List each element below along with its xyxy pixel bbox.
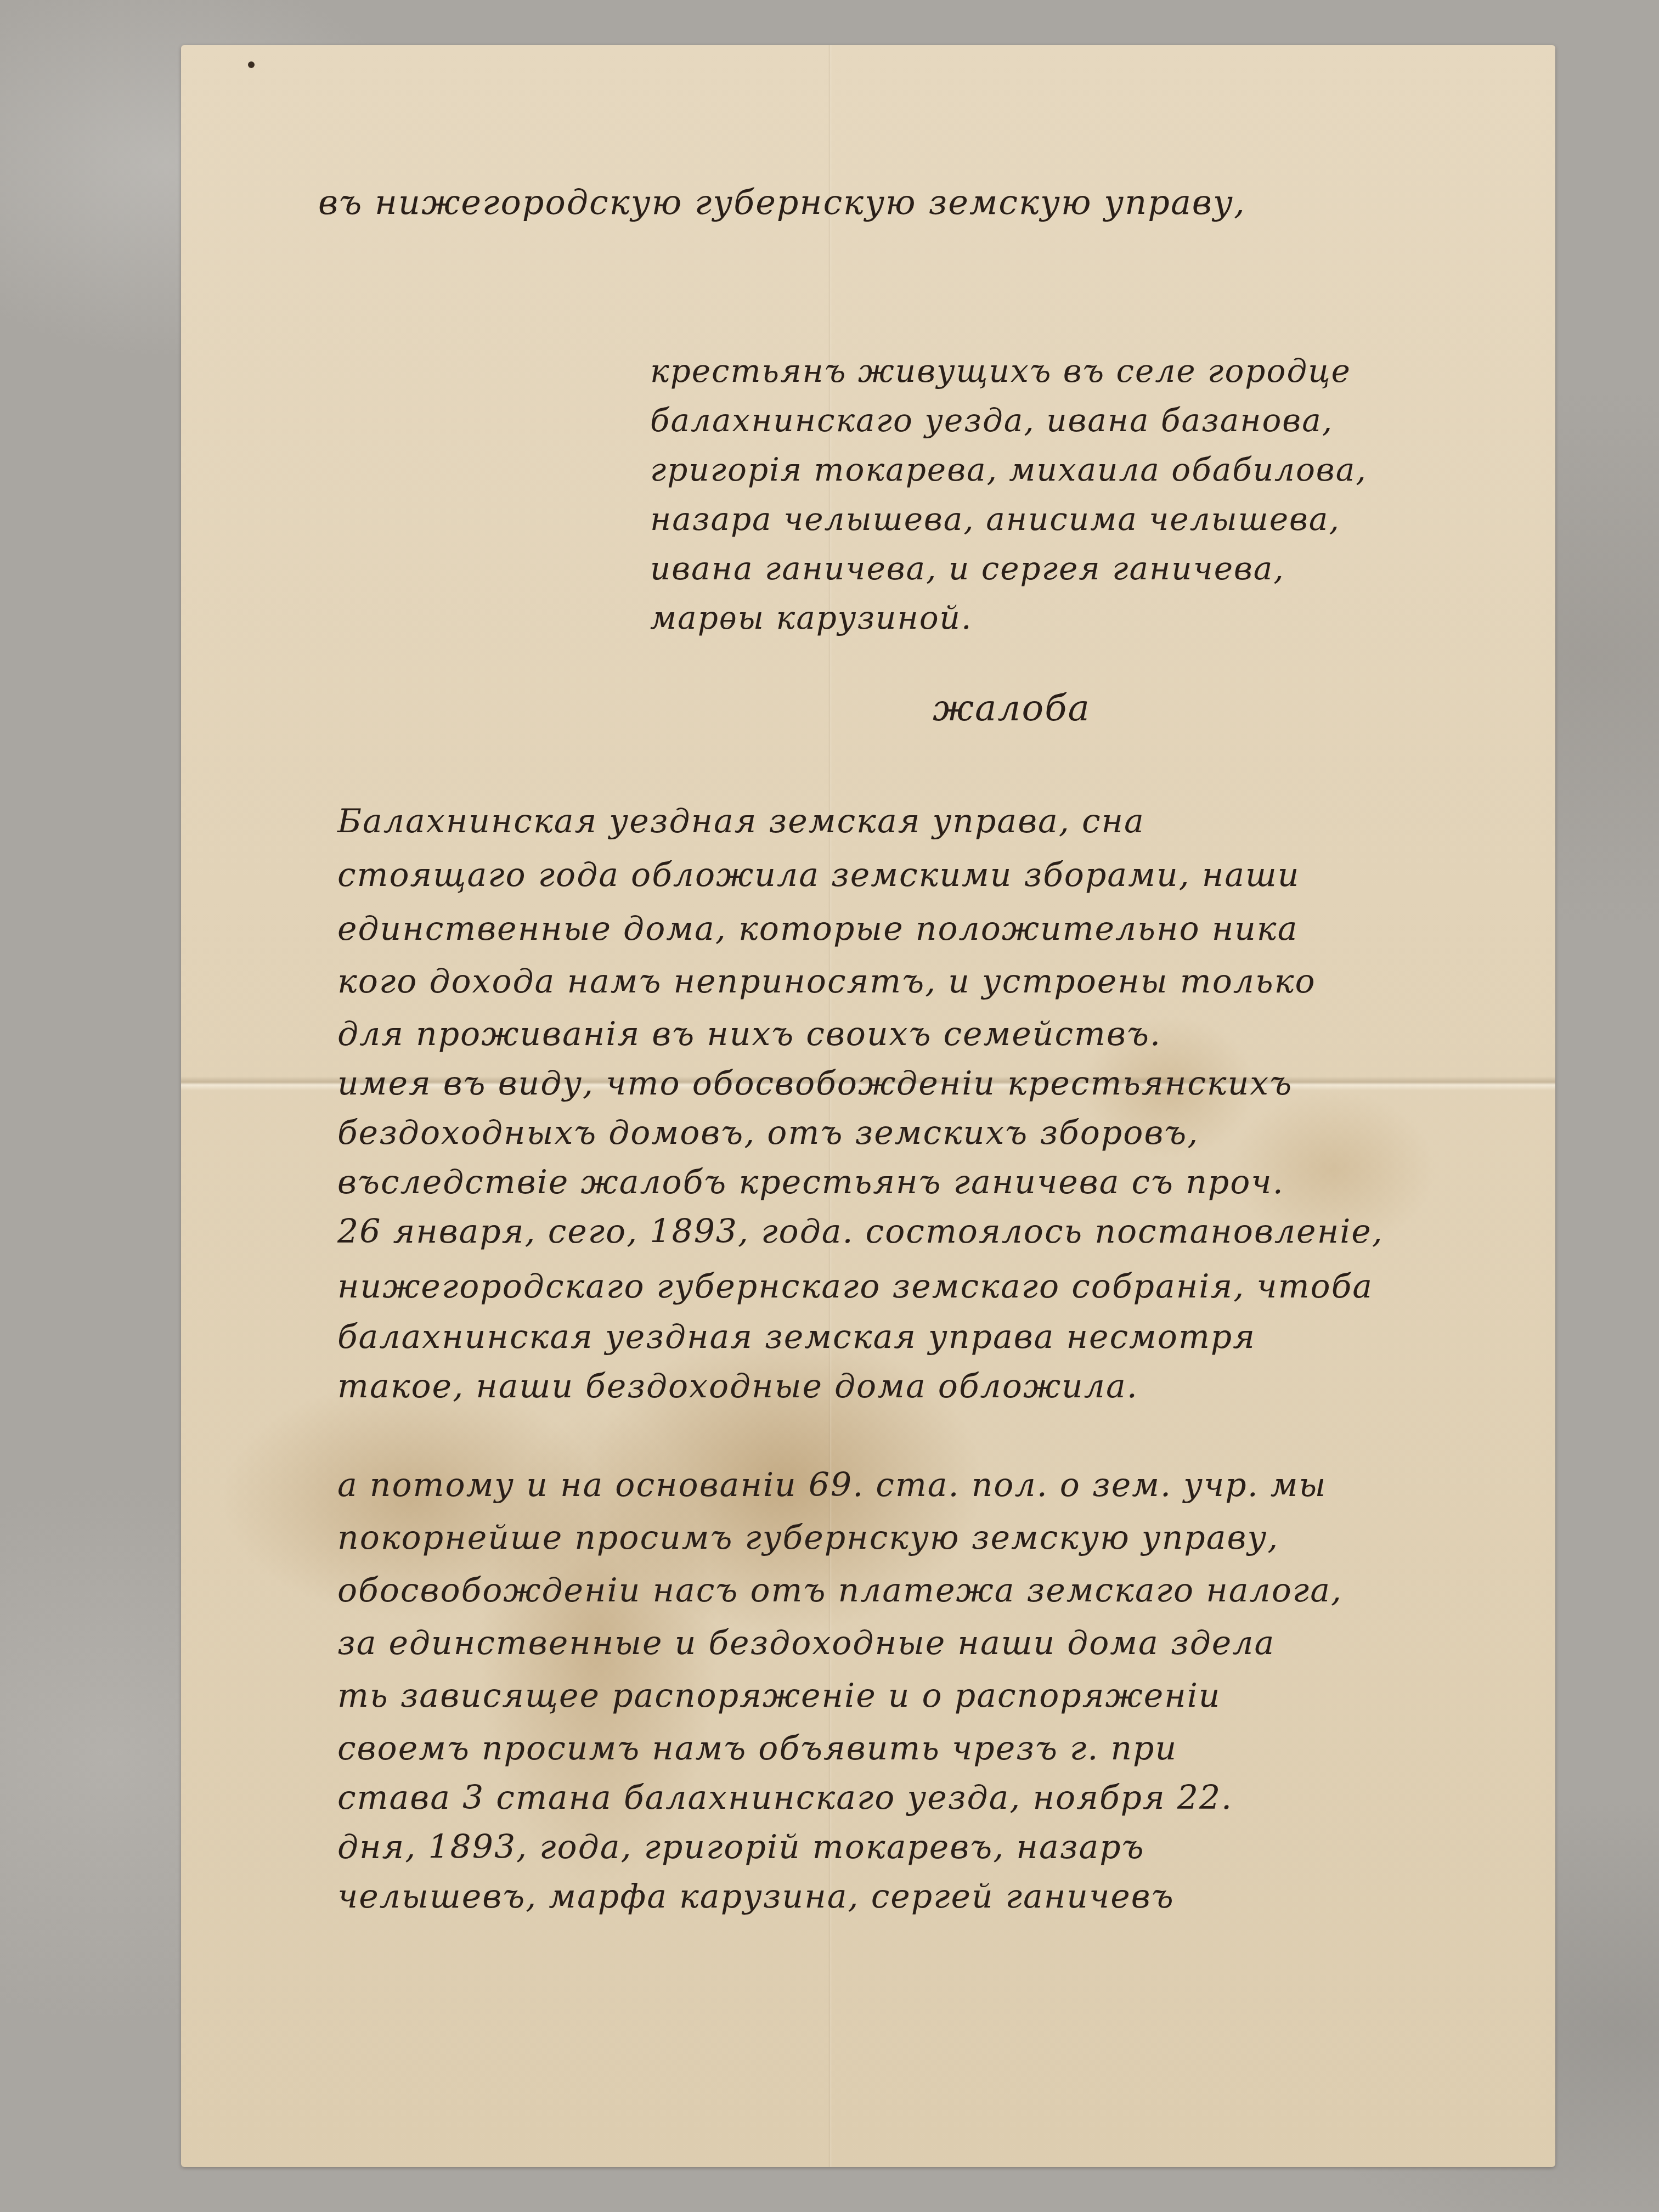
petitioner-line: балахнинскаго уезда, ивана базанова, (650, 402, 1333, 439)
petition-paper: въ нижегородскую губернскую земскую упра… (181, 45, 1555, 2167)
body-line: балахнинская уездная земская управа несм… (337, 1318, 1256, 1356)
body-line: обосвобожденіи насъ отъ платежа земскаго… (337, 1571, 1342, 1610)
petitioner-line: марѳы карузиной. (650, 599, 972, 636)
body-line: покорнейше просимъ губернскую земскую уп… (337, 1519, 1279, 1557)
petitioner-line: назара челышева, анисима челышева, (650, 500, 1340, 538)
document-title: жалоба (933, 687, 1091, 729)
body-line: имея въ виду, что обосвобожденіи крестья… (337, 1064, 1293, 1103)
body-line: а потому и на основаніи 69. ста. пол. о … (337, 1466, 1327, 1504)
body-line: ть зависящее распоряженіе и о распоряжен… (337, 1677, 1221, 1715)
pinhole (248, 61, 255, 68)
body-line: въследствіе жалобъ крестьянъ ганичева съ… (337, 1163, 1284, 1201)
body-line: челышевъ, марфа карузина, сергей ганичев… (337, 1877, 1175, 1916)
petitioner-line: ивана ганичева, и сергея ганичева, (650, 550, 1285, 587)
petitioner-line: крестьянъ живущихъ въ селе городце (650, 352, 1351, 390)
body-line: бездоходныхъ домовъ, отъ земскихъ зборов… (337, 1114, 1199, 1152)
body-line: Балахнинская уездная земская управа, сна (337, 802, 1145, 840)
body-line: единственные дома, которые положительно … (337, 910, 1298, 948)
petitioner-line: григорія токарева, михаила обабилова, (650, 451, 1367, 488)
body-line: своемъ просимъ намъ объявить чрезъ г. пр… (337, 1729, 1177, 1768)
body-line: нижегородскаго губернскаго земскаго собр… (337, 1267, 1373, 1306)
body-line: такое, наши бездоходные дома обложила. (337, 1367, 1138, 1406)
addressee-line: въ нижегородскую губернскую земскую упра… (318, 182, 1246, 222)
body-line: 26 января, сего, 1893, года. состоялось … (337, 1212, 1384, 1251)
body-line: кого дохода намъ неприносятъ, и устроены… (337, 962, 1316, 1001)
body-line: дня, 1893, года, григорій токаревъ, наза… (337, 1828, 1145, 1866)
body-line: става 3 стана балахнинскаго уезда, ноябр… (337, 1779, 1233, 1817)
body-line: стоящаго года обложила земскими зборами,… (337, 856, 1300, 894)
body-line: для проживанія въ нихъ своихъ семействъ. (337, 1015, 1161, 1053)
body-line: за единственные и бездоходные наши дома … (337, 1624, 1275, 1662)
